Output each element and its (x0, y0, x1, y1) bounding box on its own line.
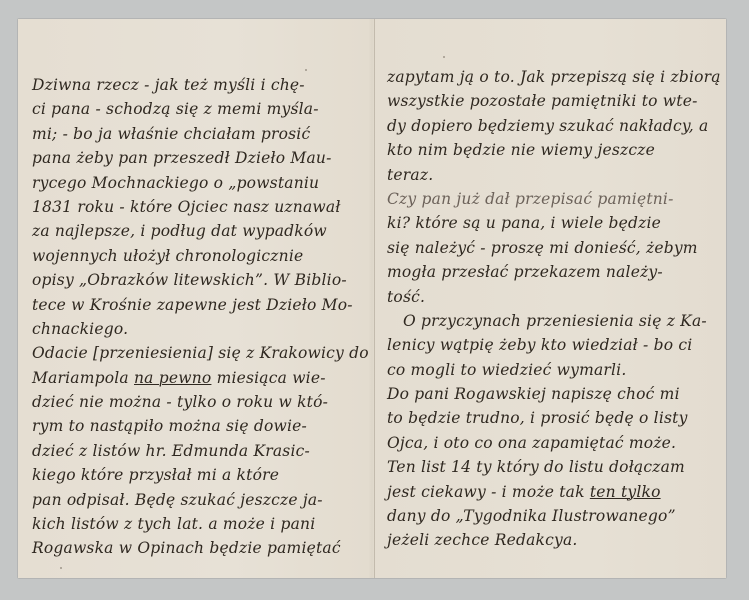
text-line: jest ciekawy - i może tak ten tylko (387, 480, 721, 504)
text-line: Odacie [przeniesienia] się z Krakowicy d… (32, 341, 369, 365)
text-line: jeżeli zechce Redakcya. (387, 528, 721, 552)
text-line: opisy „Obrazków litewskich”. W Biblio- (32, 268, 369, 292)
text-line: Ten list 14 ty który do listu dołączam (387, 455, 721, 479)
text-line: kich listów z tych lat. a może i pani (32, 512, 369, 536)
text-line: Ojca, i oto co ona zapamiętać może. (387, 431, 721, 455)
text-line: za najlepsze, i podług dat wypadków (32, 219, 369, 243)
text-line: ki? które są u pana, i wiele będzie (387, 211, 721, 235)
scanned-letter: Dziwna rzecz - jak też myśli i chę- ci p… (0, 0, 749, 600)
text-line: tość. (387, 285, 721, 309)
paper-speck (60, 567, 62, 569)
letter-sheet: Dziwna rzecz - jak też myśli i chę- ci p… (18, 19, 726, 578)
text-line: dany do „Tygodnika Ilustrowanego” (387, 504, 721, 528)
text-line: Rogawska w Opinach będzie pamiętać (32, 536, 369, 560)
text-line: kiego które przysłał mi a które (32, 463, 369, 487)
text-line: rycego Mochnackiego o „powstaniu (32, 171, 369, 195)
text-line: dy dopiero będziemy szukać nakładcy, a (387, 114, 721, 138)
text-line: dzieć nie można - tylko o roku w któ- (32, 390, 369, 414)
text-line: pan odpisał. Będę szukać jeszcze ja- (32, 488, 369, 512)
text-line: 1831 roku - które Ojciec nasz uznawał (32, 195, 369, 219)
text-line: wszystkie pozostałe pamiętniki to wte- (387, 89, 721, 113)
text-line: wojennych ułożył chronologicznie (32, 244, 369, 268)
right-page: zapytam ją o to. Jak przepiszą się i zbi… (375, 19, 726, 578)
text-line: kto nim będzie nie wiemy jeszcze (387, 138, 721, 162)
text-line: teraz. (387, 163, 721, 187)
text-line: chnackiego. (32, 317, 369, 341)
text-line: lenicy wątpię żeby kto wiedział - bo ci (387, 333, 721, 357)
underlined-phrase: na pewno (134, 369, 211, 387)
left-page: Dziwna rzecz - jak też myśli i chę- ci p… (18, 19, 374, 578)
right-page-text: zapytam ją o to. Jak przepiszą się i zbi… (387, 65, 721, 553)
paper-speck (305, 69, 307, 71)
text-line: Czy pan już dał przepisać pamiętni- (387, 187, 721, 211)
text-line: się należyć - proszę mi donieść, żebym (387, 236, 721, 260)
text-line: ci pana - schodzą się z memi myśla- (32, 97, 369, 121)
text-line: zapytam ją o to. Jak przepiszą się i zbi… (387, 65, 721, 89)
text-line: Dziwna rzecz - jak też myśli i chę- (32, 73, 369, 97)
paper-speck (443, 56, 445, 58)
text-line: co mogli to wiedzieć wymarli. (387, 358, 721, 382)
text-line: O przyczynach przeniesienia się z Ka- (387, 309, 721, 333)
text-line: mogła przesłać przekazem należy- (387, 260, 721, 284)
text-line: pana żeby pan przeszedł Dzieło Mau- (32, 146, 369, 170)
text-line: Mariampola na pewno miesiąca wie- (32, 366, 369, 390)
text-line: to będzie trudno, i prosić będę o listy (387, 406, 721, 430)
left-page-text: Dziwna rzecz - jak też myśli i chę- ci p… (32, 73, 369, 561)
text-line: Do pani Rogawskiej napiszę choć mi (387, 382, 721, 406)
underlined-phrase: ten tylko (590, 483, 661, 501)
text-line: dzieć z listów hr. Edmunda Krasic- (32, 439, 369, 463)
text-line: tece w Krośnie zapewne jest Dzieło Mo- (32, 293, 369, 317)
text-line: mi; - bo ja właśnie chciałam prosić (32, 122, 369, 146)
text-line: rym to nastąpiło można się dowie- (32, 414, 369, 438)
